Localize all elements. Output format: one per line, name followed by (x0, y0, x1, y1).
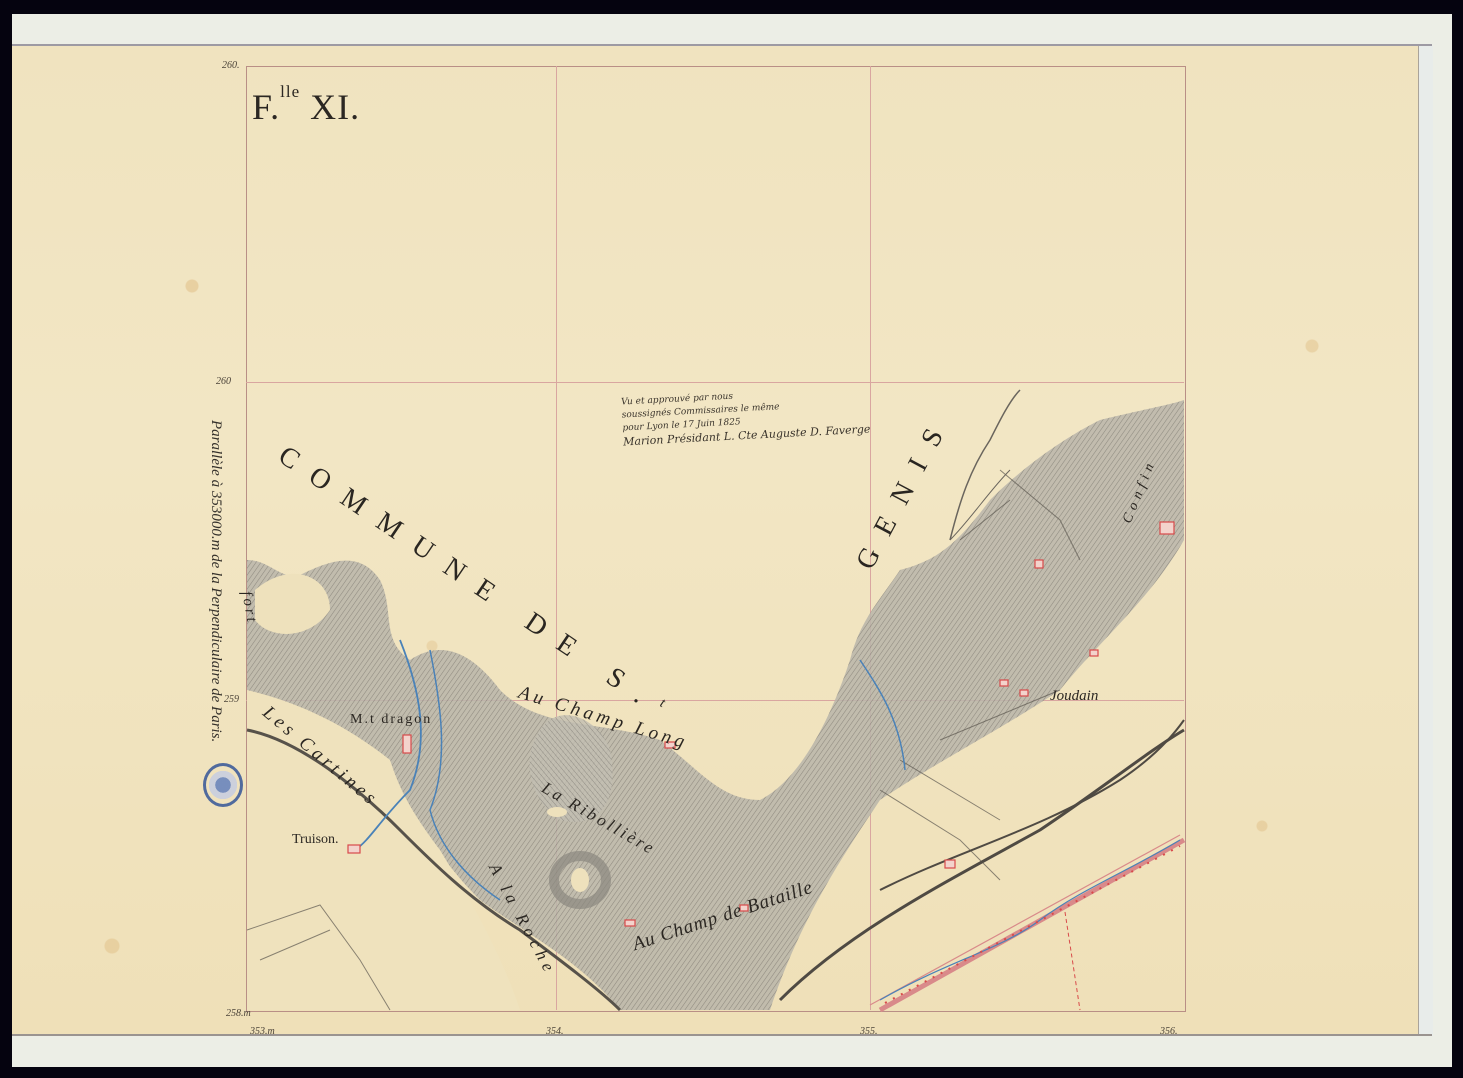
coord-bottom-x3: 355. (860, 1026, 878, 1037)
place-mont-dragon: M.t dragon (350, 712, 432, 728)
coord-bottom-left: 258.m (226, 1008, 251, 1019)
coord-bottom-x1: 353.m (250, 1026, 275, 1037)
river (880, 840, 1180, 1000)
coord-top-left: 260. (222, 60, 240, 71)
place-truison: Truison. (292, 832, 339, 848)
parallel-label: Parallèle à 353000.m de la Perpendiculai… (207, 420, 224, 742)
place-joudain: Joudain (1050, 688, 1098, 705)
coord-bottom-x2: 354. (546, 1026, 564, 1037)
sheet-title: F.lle XI. (252, 82, 360, 128)
library-stamp-icon (203, 763, 243, 807)
coord-lower-left: 259 (224, 694, 239, 705)
coord-bottom-x4: 356. (1160, 1026, 1178, 1037)
coord-mid-left: 260 (216, 376, 231, 387)
